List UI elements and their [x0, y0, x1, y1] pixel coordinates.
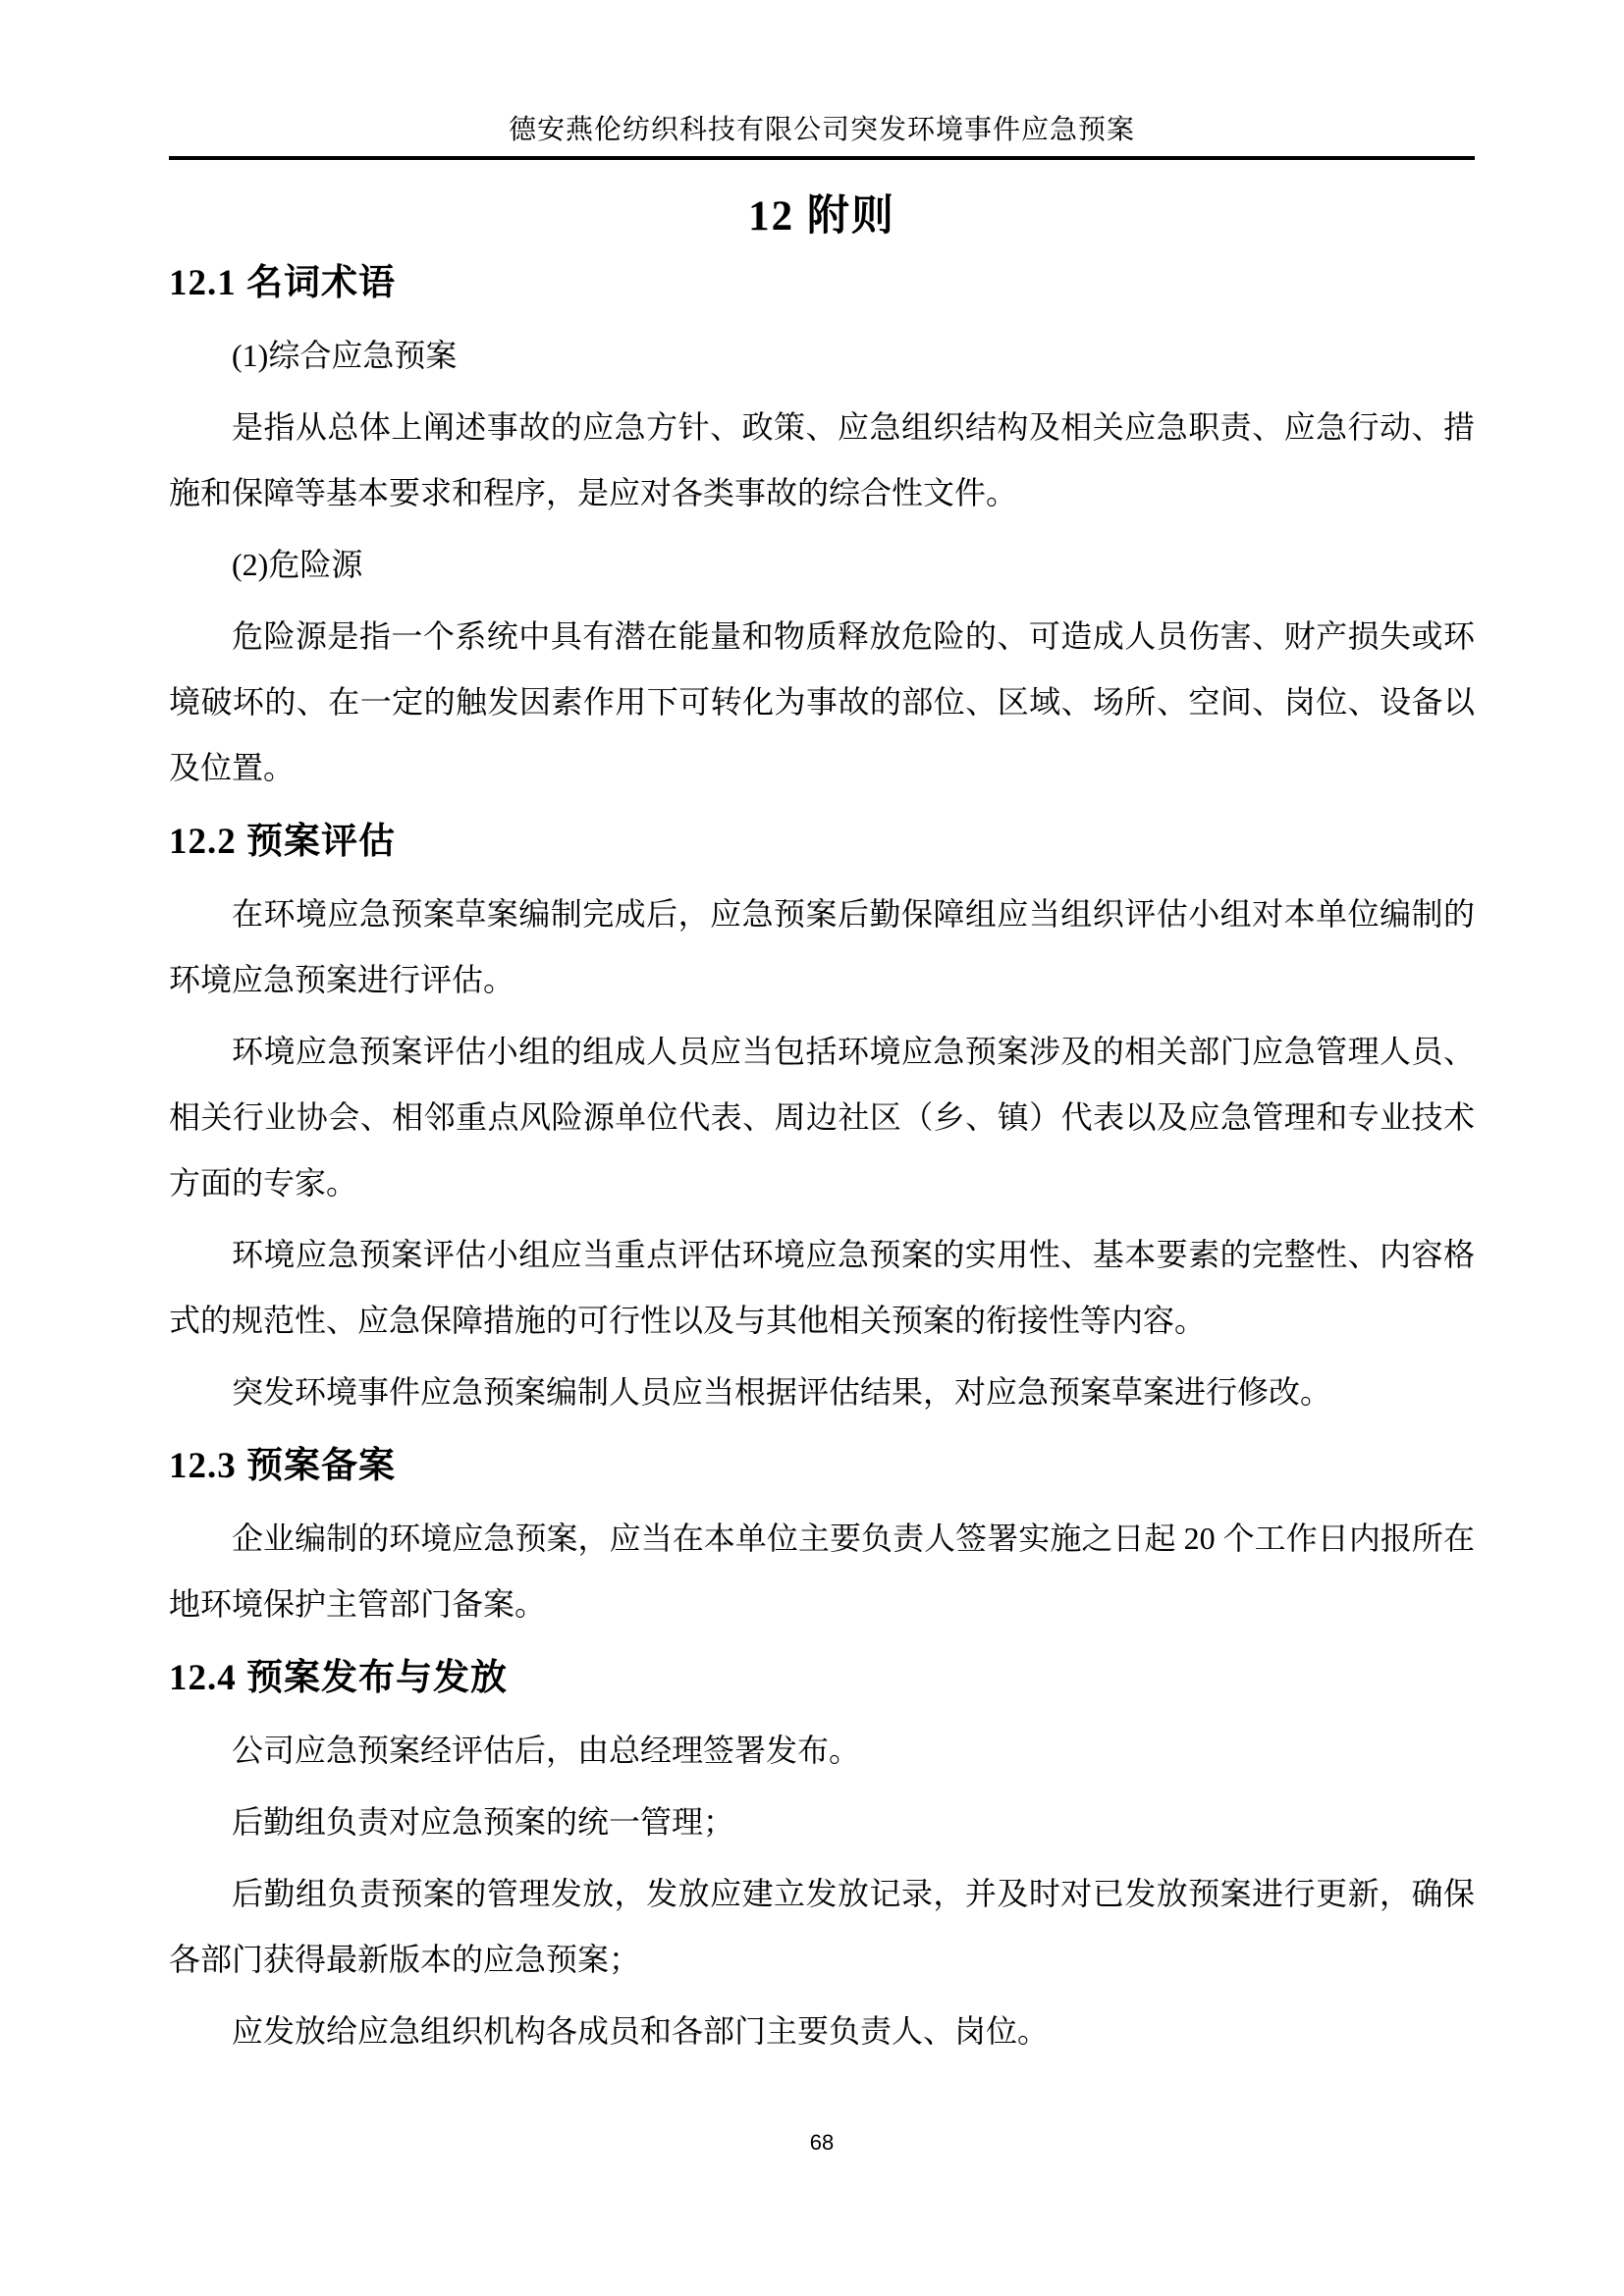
section-heading: 12.4 预案发布与发放: [169, 1655, 1475, 1702]
section: 12.1 名词术语(1)综合应急预案是指从总体上阐述事故的应急方针、政策、应急组…: [169, 260, 1475, 801]
paragraph: (2)危险源: [169, 532, 1475, 598]
paragraph: 后勤组负责预案的管理发放，发放应建立发放记录，并及时对已发放预案进行更新，确保各…: [169, 1861, 1475, 1993]
document-page: 德安燕伦纺织科技有限公司突发环境事件应急预案 12 附则 12.1 名词术语(1…: [0, 0, 1624, 2296]
paragraph: 是指从总体上阐述事故的应急方针、政策、应急组织结构及相关应急职责、应急行动、措施…: [169, 395, 1475, 526]
section: 12.2 预案评估在环境应急预案草案编制完成后，应急预案后勤保障组应当组织评估小…: [169, 819, 1475, 1425]
page-footer: 68: [169, 2130, 1475, 2156]
paragraph: 应发放给应急组织机构各成员和各部门主要负责人、岗位。: [169, 1999, 1475, 2064]
chapter-title: 12 附则: [169, 191, 1475, 242]
paragraph: (1)综合应急预案: [169, 323, 1475, 389]
content-column: 德安燕伦纺织科技有限公司突发环境事件应急预案 12 附则 12.1 名词术语(1…: [169, 0, 1475, 2070]
paragraph: 公司应急预案经评估后，由总经理签署发布。: [169, 1718, 1475, 1784]
paragraph: 企业编制的环境应急预案，应当在本单位主要负责人签署实施之日起 20 个工作日内报…: [169, 1506, 1475, 1637]
page-number: 68: [810, 2130, 834, 2155]
document-body: 12.1 名词术语(1)综合应急预案是指从总体上阐述事故的应急方针、政策、应急组…: [169, 260, 1475, 2064]
paragraph: 环境应急预案评估小组应当重点评估环境应急预案的实用性、基本要素的完整性、内容格式…: [169, 1222, 1475, 1354]
section: 12.4 预案发布与发放公司应急预案经评估后，由总经理签署发布。后勤组负责对应急…: [169, 1655, 1475, 2064]
paragraph: 后勤组负责对应急预案的统一管理；: [169, 1789, 1475, 1855]
header-title: 德安燕伦纺织科技有限公司突发环境事件应急预案: [509, 115, 1135, 145]
section: 12.3 预案备案企业编制的环境应急预案，应当在本单位主要负责人签署实施之日起 …: [169, 1443, 1475, 1637]
paragraph: 在环境应急预案草案编制完成后，应急预案后勤保障组应当组织评估小组对本单位编制的环…: [169, 881, 1475, 1013]
section-heading: 12.3 预案备案: [169, 1443, 1475, 1490]
document-header: 德安燕伦纺织科技有限公司突发环境事件应急预案: [169, 0, 1475, 160]
paragraph: 环境应急预案评估小组的组成人员应当包括环境应急预案涉及的相关部门应急管理人员、相…: [169, 1019, 1475, 1216]
section-heading: 12.2 预案评估: [169, 819, 1475, 866]
section-heading: 12.1 名词术语: [169, 260, 1475, 307]
paragraph: 危险源是指一个系统中具有潜在能量和物质释放危险的、可造成人员伤害、财产损失或环境…: [169, 604, 1475, 801]
paragraph: 突发环境事件应急预案编制人员应当根据评估结果，对应急预案草案进行修改。: [169, 1360, 1475, 1425]
